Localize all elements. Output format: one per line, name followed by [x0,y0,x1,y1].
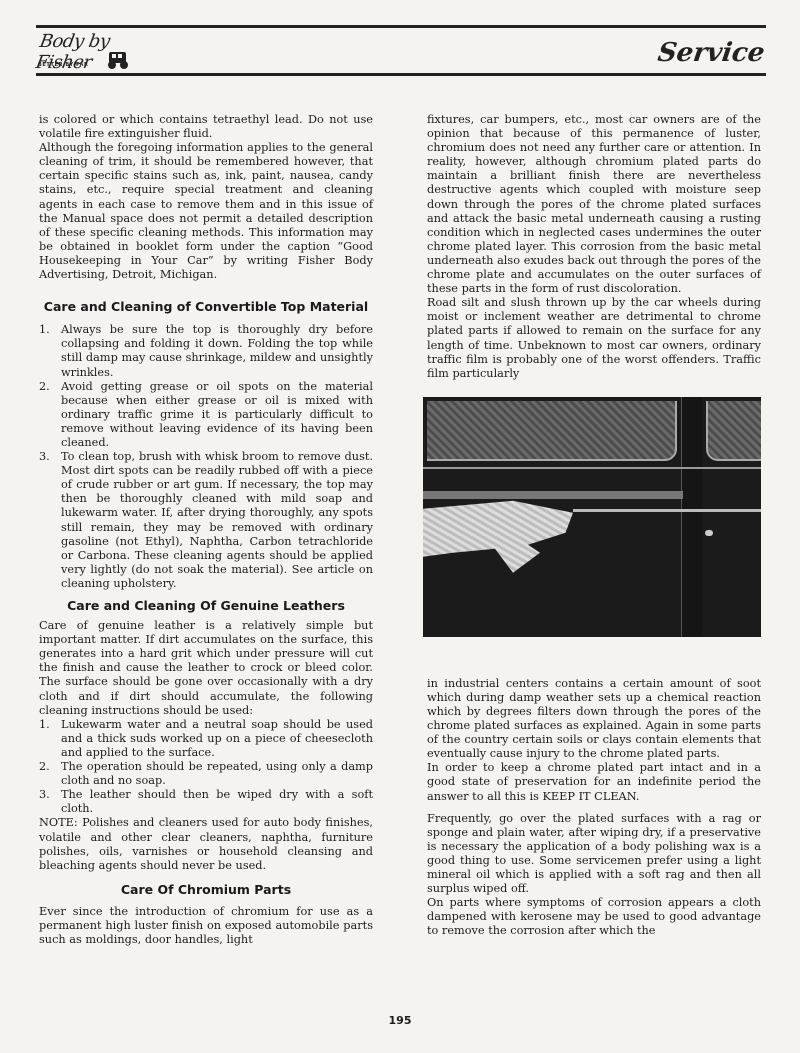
car-window [427,401,677,461]
header-bottom-rule [36,73,766,76]
paragraph: Although the foregoing information appli… [39,141,373,282]
logo-tagline: BETTER BY FAR [38,62,88,68]
paragraph: Ever since the introduction of chromium … [39,905,373,947]
right-column: fixtures, car bumpers, etc., most car ow… [427,113,761,938]
note: NOTE: Polishes and cleaners used for aut… [39,816,373,872]
coach-icon [106,50,130,70]
section-title: Service [656,38,767,68]
chrome-molding [573,509,761,512]
paragraph: is colored or which contains tetraethyl … [39,113,373,141]
cleaning-cloth [423,497,573,577]
door-pillar [681,397,702,637]
body-by-fisher-logo: Body by Fisher BETTER BY FAR [36,31,156,73]
paragraph: in industrial centers contains a certain… [427,677,761,762]
list-item: 2.Avoid getting grease or oil spots on t… [39,380,373,450]
chrome-trim [423,491,683,499]
heading-chromium-parts: Care Of Chromium Parts [39,883,373,897]
leather-steps-list: 1.Lukewarm water and a neutral soap shou… [39,718,373,817]
paragraph: Road silt and slush thrown up by the car… [427,296,761,381]
chrome-cleaning-photo [423,397,761,637]
paragraph: On parts where symptoms of corrosion app… [427,896,761,938]
paragraph: Frequently, go over the plated surfaces … [427,812,761,897]
list-item: 3.To clean top, brush with whisk broom t… [39,450,373,591]
door-handle [705,530,713,536]
list-item: 2.The operation should be repeated, usin… [39,760,373,788]
heading-convertible-top: Care and Cleaning of Convertible Top Mat… [39,300,373,314]
chrome-trim [423,467,761,469]
paragraph: fixtures, car bumpers, etc., most car ow… [427,113,761,296]
list-item: 3.The leather should then be wiped dry w… [39,788,373,816]
convertible-steps-list: 1.Always be sure the top is thoroughly d… [39,323,373,591]
paragraph: Care of genuine leather is a relatively … [39,619,373,718]
list-item: 1.Lukewarm water and a neutral soap shou… [39,718,373,760]
car-window [706,401,761,461]
header-top-rule [36,25,766,28]
list-item: 1.Always be sure the top is thoroughly d… [39,323,373,379]
heading-genuine-leathers: Care and Cleaning Of Genuine Leathers [39,599,373,613]
left-column: is colored or which contains tetraethyl … [39,113,373,947]
page-number: 195 [0,1014,800,1027]
paragraph: In order to keep a chrome plated part in… [427,761,761,803]
